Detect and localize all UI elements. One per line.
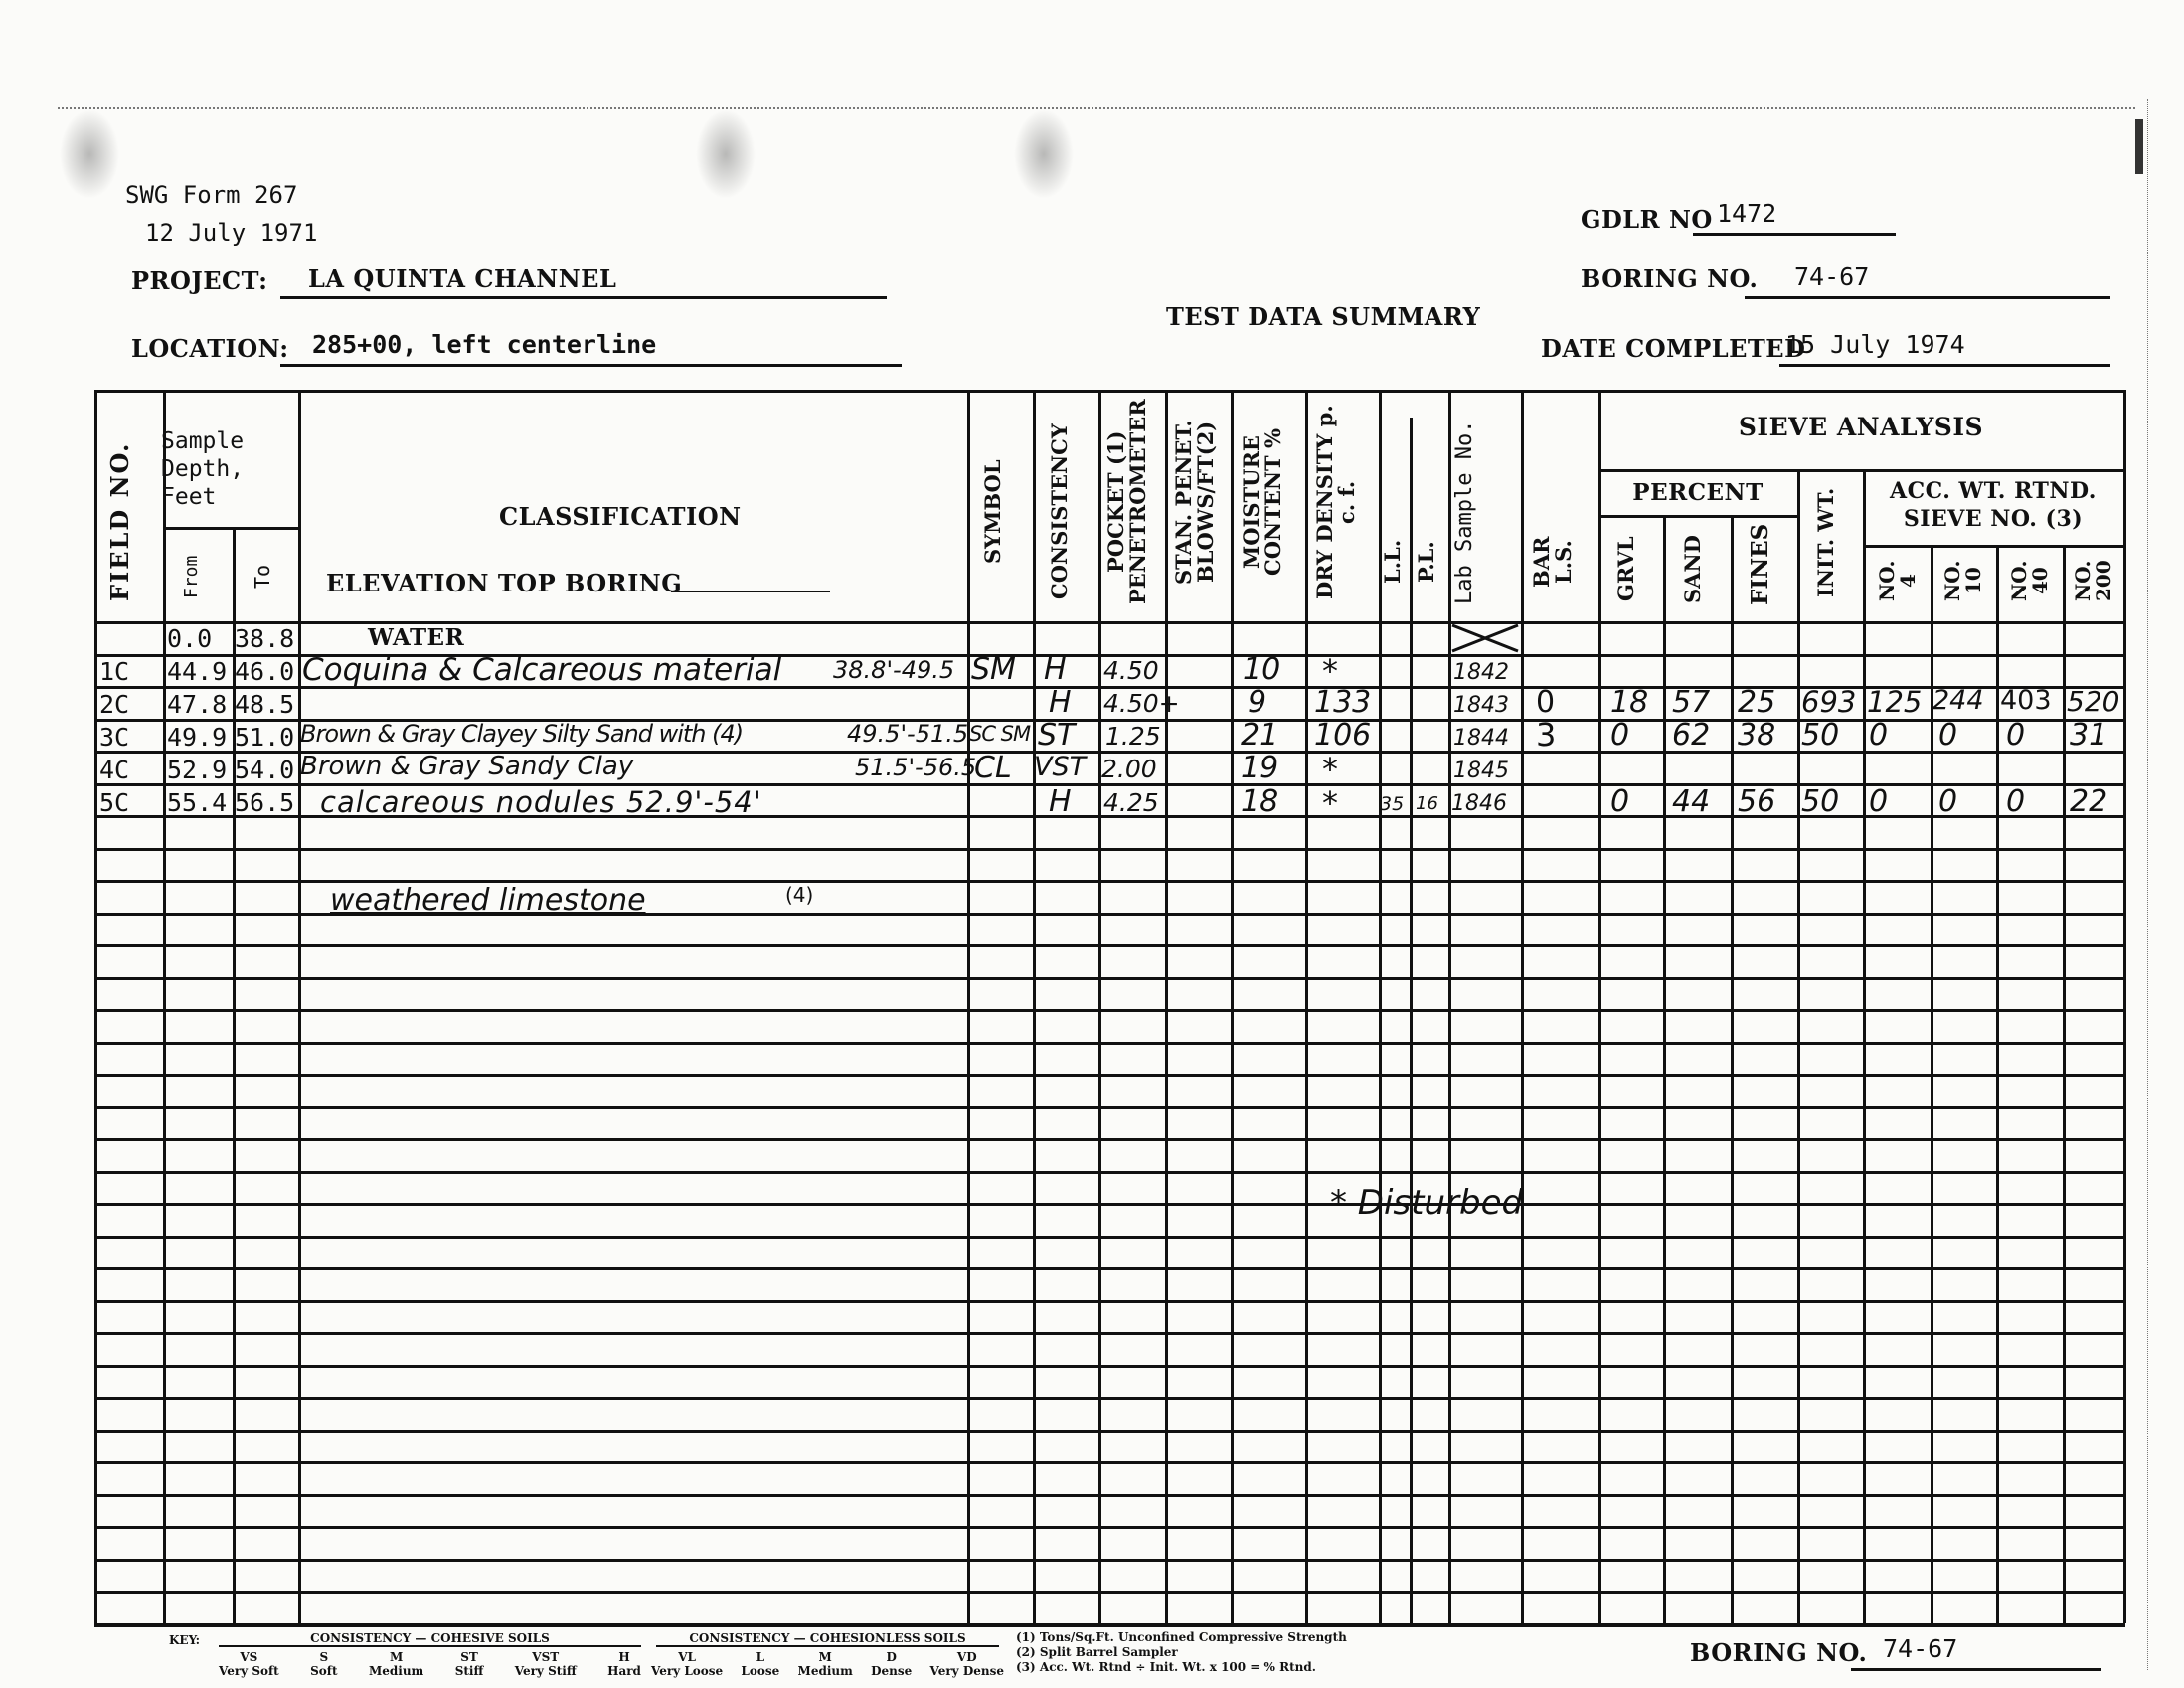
cell-no200: 22: [2070, 784, 2107, 819]
header-grvl: GRVL: [1615, 527, 1645, 611]
cell-to: 56.5: [235, 788, 294, 817]
footer-boring-label: BORING NO.: [1690, 1638, 1867, 1667]
cell-field-no: 2C: [99, 690, 129, 719]
cell-field-no: 3C: [99, 723, 129, 752]
cell-symbol: CL: [974, 751, 1012, 785]
header-pocket-penetrometer: POCKET (1) PENETROMETER: [1105, 398, 1161, 606]
cell-symbol: SM: [971, 652, 1016, 687]
header-dry-density: DRY DENSITY p. c. f.: [1314, 398, 1370, 606]
cell-no40: 403: [2000, 685, 2052, 716]
cell-to: 54.0: [235, 756, 294, 784]
cell-consistency: VST: [1034, 752, 1086, 782]
row-divider: [94, 848, 2125, 851]
header-no4: NO. 4: [1877, 552, 1917, 609]
cell-pocket: 4.25: [1103, 788, 1159, 817]
cell-to: 38.8: [235, 624, 294, 653]
cell-lab-sample: 1843: [1453, 693, 1509, 718]
cell-from: 44.9: [167, 657, 227, 686]
cell-from: 49.9: [167, 723, 227, 752]
header-pl: P.L.: [1416, 517, 1441, 606]
cell-consistency: H: [1049, 685, 1072, 720]
footer-boring-field: 74-67: [1851, 1632, 2101, 1671]
cell-no10: 0: [1938, 784, 1957, 819]
note-weathered-ref: (4): [785, 883, 813, 907]
crossed-out-mark-icon: [1450, 623, 1520, 653]
key-cohesionless-item: LLoose: [741, 1650, 779, 1678]
key-cohesionless-list: VLVery Loose LLoose MMedium DDense VDVer…: [651, 1650, 1004, 1678]
row-divider: [94, 1203, 2125, 1206]
header-bar-ls: BAR L.S.: [1531, 517, 1587, 606]
cell-dry-density: 133: [1314, 685, 1371, 720]
cell-moisture: 19: [1241, 751, 1278, 785]
row-divider: [94, 977, 2125, 980]
cell-pocket: 4.50+: [1103, 689, 1180, 718]
header-sample-depth: Sample Depth, Feet: [161, 427, 300, 511]
header-consistency: CONSISTENCY: [1049, 418, 1085, 606]
header-from: From: [183, 542, 213, 611]
cell-no4: 125: [1867, 685, 1922, 719]
cell-sand: 62: [1672, 718, 1710, 753]
row-divider: [94, 1526, 2125, 1529]
row-divider: [94, 1074, 2125, 1077]
header-lab-sample-no: Lab Sample No.: [1453, 418, 1513, 606]
cell-symbol: SC SM: [969, 722, 1030, 746]
cell-to: 51.0: [235, 723, 294, 752]
cell-moisture: 9: [1248, 685, 1266, 720]
cell-consistency: H: [1049, 784, 1072, 819]
key-cohesionless-item: DDense: [871, 1650, 912, 1678]
cell-pocket: 1.25: [1105, 722, 1161, 751]
header-ll: L.L.: [1382, 517, 1408, 606]
cell-classification: calcareous nodules 52.9'-54': [320, 785, 762, 819]
cell-to: 48.5: [235, 690, 294, 719]
cell-dry-density: *: [1322, 751, 1338, 788]
cell-no10: 0: [1938, 718, 1957, 753]
key-cohesionless-title: CONSISTENCY — COHESIONLESS SOILS: [656, 1631, 999, 1647]
row-divider: [94, 1138, 2125, 1141]
cell-no40: 0: [2006, 784, 2025, 819]
cell-pocket: 4.50: [1103, 656, 1159, 685]
cell-class-depth: 49.5'-51.5: [847, 720, 968, 748]
footnote-3: (3) Acc. Wt. Rtnd ÷ Init. Wt. x 100 = % …: [1016, 1660, 1347, 1675]
row-divider: [94, 1236, 2125, 1239]
row-divider: [94, 1365, 2125, 1368]
cell-consistency: H: [1044, 652, 1067, 687]
footnote-1: (1) Tons/Sq.Ft. Unconfined Compressive S…: [1016, 1630, 1347, 1645]
row-divider: [94, 1009, 2125, 1012]
cell-from: 0.0: [167, 624, 212, 653]
row-divider: [94, 1559, 2125, 1562]
cell-moisture: 18: [1241, 784, 1278, 819]
cell-lab-sample: 1844: [1453, 726, 1509, 751]
header-moisture-content: MOISTURE CONTENT %: [1241, 398, 1296, 606]
row-divider: [94, 1332, 2125, 1335]
row-divider: [94, 1430, 2125, 1433]
cell-classification: Brown & Gray Clayey Silty Sand with (4): [300, 720, 743, 748]
header-init-wt: INIT. WT.: [1815, 475, 1845, 609]
cell-moisture: 21: [1241, 718, 1278, 753]
cell-grvl: 0: [1610, 718, 1629, 753]
header-fines: FINES: [1749, 517, 1778, 611]
footnote-2: (2) Split Barrel Sampler: [1016, 1645, 1347, 1660]
note-weathered-limestone: weathered limestone: [330, 883, 646, 918]
cell-init-wt: 50: [1801, 718, 1839, 753]
cell-from: 55.4: [167, 788, 227, 817]
cell-fines: 25: [1738, 685, 1775, 720]
key-cohesive-item: STStiff: [455, 1650, 484, 1678]
cell-lab-sample: 1845: [1453, 759, 1509, 783]
row-divider: [94, 1494, 2125, 1497]
row-divider: [94, 1397, 2125, 1400]
cell-init-wt: 693: [1801, 685, 1856, 719]
cell-no200: 31: [2070, 718, 2107, 753]
cell-classification: Brown & Gray Sandy Clay: [300, 752, 633, 781]
row-divider: [94, 1591, 2125, 1594]
key-cohesive-item: MMedium: [369, 1650, 423, 1678]
row-divider: [94, 1171, 2125, 1174]
row-divider: [94, 1300, 2125, 1303]
header-percent: PERCENT: [1598, 479, 1797, 506]
header-symbol: SYMBOL: [982, 418, 1018, 606]
cell-no200: 520: [2067, 685, 2119, 718]
cell-sand: 57: [1672, 685, 1710, 720]
cell-class-depth: 38.8'-49.5: [833, 656, 954, 684]
header-sand: SAND: [1682, 527, 1712, 611]
cell-from: 47.8: [167, 690, 227, 719]
cell-dry-density: *: [1322, 784, 1338, 822]
cell-no10: 244: [1932, 685, 1984, 716]
cell-field-no: 1C: [99, 657, 129, 686]
cell-class-depth: 51.5'-56.5: [855, 754, 976, 781]
cell-no40: 0: [2006, 718, 2025, 753]
cell-pocket: 2.00: [1101, 755, 1157, 783]
key-cohesive-title: CONSISTENCY — COHESIVE SOILS: [219, 1631, 641, 1647]
cell-sand: 44: [1672, 784, 1710, 819]
cell-bar-ls: 3: [1536, 716, 1556, 754]
header-classification: CLASSIFICATION: [499, 502, 742, 531]
row-divider: [94, 1267, 2125, 1270]
header-acc-wt-rtnd: ACC. WT. RTND. SIEVE NO. (3): [1863, 477, 2123, 533]
header-no40: NO. 40: [2009, 552, 2053, 609]
row-divider: [94, 1461, 2125, 1464]
key-label: KEY:: [169, 1633, 200, 1647]
header-elevation-top-boring: ELEVATION TOP BORING: [326, 569, 682, 597]
cell-lab-sample: 1842: [1453, 660, 1509, 685]
key-footnotes: (1) Tons/Sq.Ft. Unconfined Compressive S…: [1016, 1630, 1347, 1675]
header-to: To: [252, 557, 282, 596]
cell-to: 46.0: [235, 657, 294, 686]
key-cohesionless-item: VLVery Loose: [651, 1650, 723, 1678]
note-disturbed: * Disturbed: [1330, 1183, 1523, 1223]
cell-no4: 0: [1869, 718, 1888, 753]
cell-fines: 56: [1738, 784, 1775, 819]
cell-dry-density: 106: [1314, 718, 1371, 753]
cell-field-no: 5C: [99, 788, 129, 817]
cell-no4: 0: [1869, 784, 1888, 819]
cell-fines: 38: [1738, 718, 1775, 753]
key-cohesionless-item: MMedium: [798, 1650, 853, 1678]
cell-from: 52.9: [167, 756, 227, 784]
cell-classification: Coquina & Calcareous material: [302, 652, 781, 688]
cell-moisture: 10: [1243, 652, 1280, 687]
cell-bar-ls: 0: [1536, 685, 1555, 720]
key-cohesive-item: HHard: [607, 1650, 641, 1678]
key-cohesive-list: VSVery Soft SSoft MMedium STStiff VSTVer…: [219, 1650, 641, 1678]
cell-init-wt: 50: [1801, 784, 1839, 819]
row-divider: [94, 1106, 2125, 1109]
cell-pl: 16: [1416, 793, 1438, 814]
cell-classification: WATER: [368, 624, 464, 651]
key-cohesionless-item: VDVery Dense: [930, 1650, 1004, 1678]
elevation-blank: [671, 591, 830, 592]
cell-ll: 35: [1380, 793, 1404, 815]
row-divider: [94, 944, 2125, 947]
header-stan-penet: STAN. PENET. BLOWS/FT(2): [1173, 398, 1229, 606]
cell-grvl: 18: [1610, 685, 1648, 720]
header-field-no: FIELD NO.: [107, 437, 147, 606]
cell-consistency: ST: [1038, 718, 1075, 753]
header-sieve-analysis: SIEVE ANALYSIS: [1598, 413, 2123, 441]
cell-lab-sample: 1846: [1451, 791, 1507, 816]
footer-boring-value: 74-67: [1883, 1634, 1957, 1663]
row-divider: [94, 1042, 2125, 1045]
key-cohesive-item: VSVery Soft: [219, 1650, 279, 1678]
header-no200: NO. 200: [2073, 552, 2118, 609]
cell-grvl: 0: [1610, 784, 1629, 819]
key-cohesive-item: VSTVery Stiff: [515, 1650, 577, 1678]
test-data-table: FIELD NO. Sample Depth, Feet From To CLA…: [0, 0, 2184, 1688]
header-no10: NO. 10: [1942, 552, 1986, 609]
cell-field-no: 4C: [99, 756, 129, 784]
key-cohesive-item: SSoft: [310, 1650, 337, 1678]
